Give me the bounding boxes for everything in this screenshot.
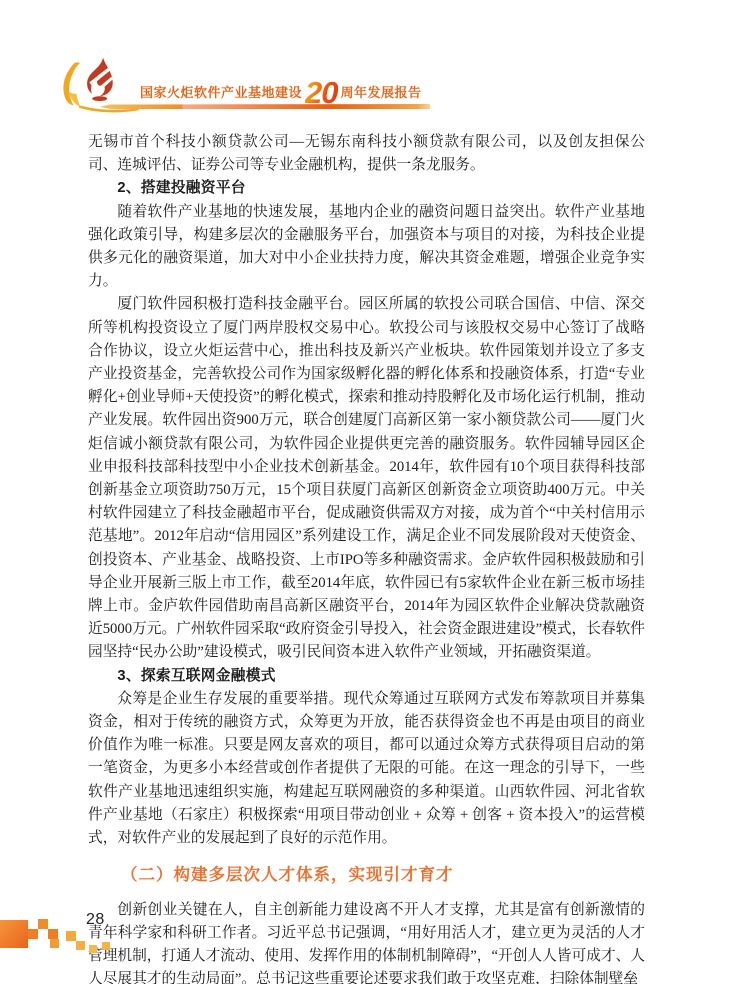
page-body: 无锡市首个科技小额贷款公司—无锡东南科技小额贷款有限公司，以及创友担保公司、连城… bbox=[88, 131, 645, 984]
sub-heading: 3、探索互联网金融模式 bbox=[88, 665, 645, 688]
header-title-prefix: 国家火炬软件产业基地建设 bbox=[140, 86, 302, 106]
body-paragraph: 创新创业关键在人，自主创新能力建设离不开人才支撑，尤其是富有创新激情的青年科学家… bbox=[88, 899, 645, 984]
body-paragraph: 厦门软件园积极打造科技金融平台。园区所属的软投公司联合国信、中信、深交所等机构投… bbox=[88, 293, 645, 664]
header-anniversary-number: 20 bbox=[305, 80, 337, 106]
report-page: 国家火炬软件产业基地建设 20 周年发展报告 无锡市首个科技小额贷款公司—无锡东… bbox=[0, 0, 730, 984]
page-number: 28 bbox=[86, 911, 105, 929]
report-header: 国家火炬软件产业基地建设 20 周年发展报告 bbox=[0, 0, 730, 125]
body-paragraph: 随着软件产业基地的快速发展，基地内企业的融资问题日益突出。软件产业基地强化政策引… bbox=[88, 201, 645, 294]
sub-heading: 2、搭建投融资平台 bbox=[88, 177, 645, 200]
section-heading: （二）构建多层次人才体系，实现引才育才 bbox=[88, 864, 645, 887]
body-paragraph: 众筹是企业生存发展的重要举措。现代众筹通过互联网方式发布筹款项目并募集资金，相对… bbox=[88, 688, 645, 850]
body-paragraph: 无锡市首个科技小额贷款公司—无锡东南科技小额贷款有限公司，以及创友担保公司、连城… bbox=[88, 131, 645, 177]
header-divider-line bbox=[100, 104, 430, 109]
header-title-suffix: 周年发展报告 bbox=[341, 86, 422, 106]
header-title: 国家火炬软件产业基地建设 20 周年发展报告 bbox=[140, 72, 422, 106]
